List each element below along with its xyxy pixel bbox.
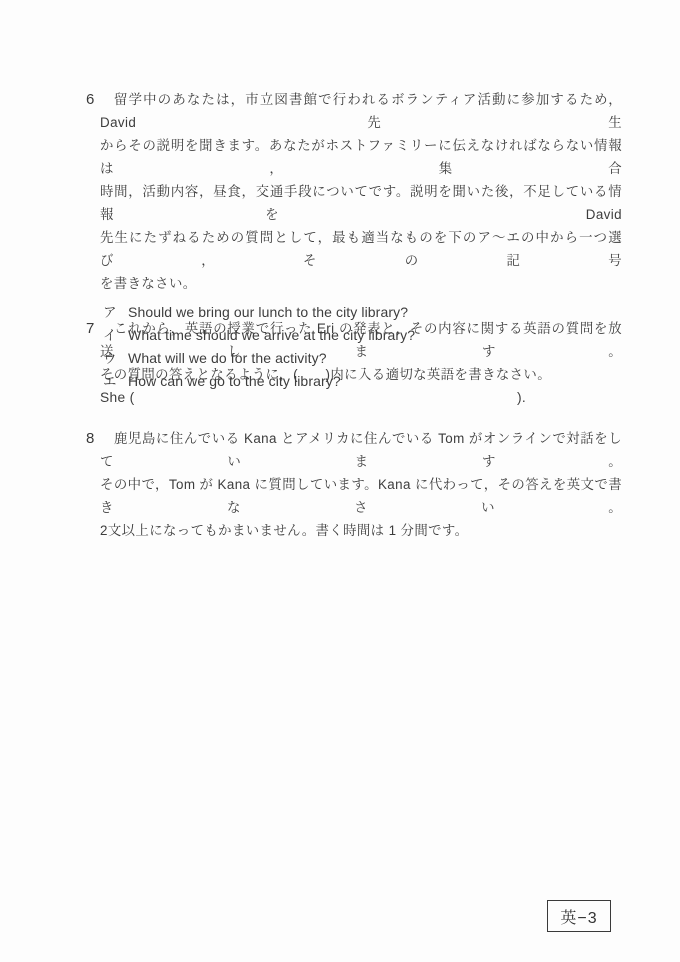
answer-prefix: She ( bbox=[100, 386, 134, 409]
question-8-number: 8 bbox=[86, 427, 94, 450]
question-6-line: を書きなさい。 bbox=[100, 272, 622, 295]
question-7-answer-line: She ( ). bbox=[100, 386, 526, 409]
question-8: 8 鹿児島に住んでいる Kana とアメリカに住んでいる Tom がオンラインで… bbox=[100, 427, 622, 542]
question-8-line: その中で，Tom が Kana に質問しています。Kana に代わって，その答え… bbox=[100, 473, 622, 519]
question-6-line: からその説明を聞きます。あなたがホストファミリーに伝えなければならない情報は，集… bbox=[100, 134, 622, 180]
question-6-line: 留学中のあなたは，市立図書館で行われるボランティア活動に参加するため，David… bbox=[100, 88, 622, 134]
question-6-line: 時間，活動内容，昼食，交通手段についてです。説明を聞いた後，不足している情報を … bbox=[100, 180, 622, 226]
question-8-line: 2文以上になってもかまいません。書く時間は 1 分間です。 bbox=[100, 519, 622, 542]
question-8-line: 鹿児島に住んでいる Kana とアメリカに住んでいる Tom がオンラインで対話… bbox=[100, 427, 622, 473]
question-7-number: 7 bbox=[86, 317, 94, 340]
question-6-number: 6 bbox=[86, 88, 94, 111]
question-7-line: これから，英語の授業で行った Eri の発表と，その内容に関する英語の質問を放送… bbox=[100, 317, 622, 363]
question-6-line: 先生にたずねるための質問として，最も適当なものを下のア～エの中から一つ選び，その… bbox=[100, 226, 622, 272]
question-7-line: その質問の答えとなるように，( )内に入る適切な英語を書きなさい。 bbox=[100, 363, 622, 386]
question-7: 7 これから，英語の授業で行った Eri の発表と，その内容に関する英語の質問を… bbox=[100, 317, 622, 409]
page-number-box: 英−3 bbox=[547, 900, 611, 932]
exam-page: 6 留学中のあなたは，市立図書館で行われるボランティア活動に参加するため，Dav… bbox=[0, 0, 680, 962]
page-number-label: 英−3 bbox=[560, 905, 597, 928]
answer-suffix: ). bbox=[517, 386, 526, 409]
